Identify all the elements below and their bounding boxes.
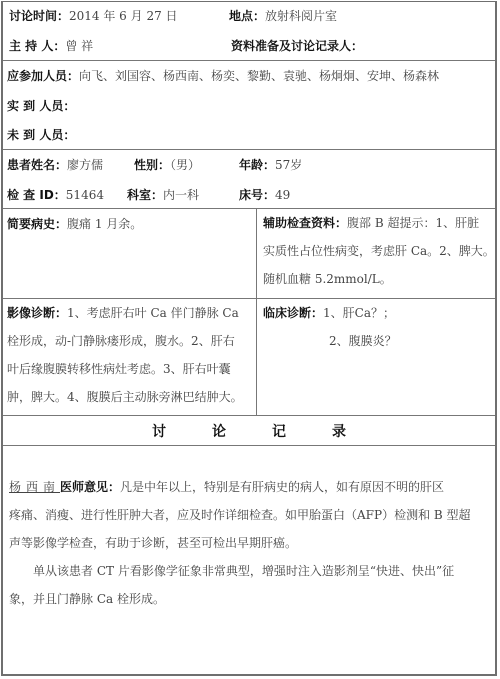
brief-history: 简要病史：腹痛 1 月余。 bbox=[7, 216, 142, 232]
opinion-line4: 单从该患者 CT 片看影像学征象非常典型，增强时注入造影剂呈“快进、快出”征 bbox=[9, 557, 489, 585]
expected-attendees-value: 向飞、刘国容、杨西南、杨奕、黎勤、袁驰、杨炯炯、安坤、杨森林 bbox=[79, 69, 439, 83]
brief-history-value: 腹痛 1 月余。 bbox=[67, 217, 142, 231]
discussion-time: 讨论时间：2014 年 6 月 27 日 bbox=[9, 8, 178, 24]
age: 年龄：57岁 bbox=[239, 157, 302, 173]
title-char-3: 记 bbox=[272, 421, 286, 441]
absent-attendees: 未 到 人员： bbox=[7, 127, 75, 143]
imaging-diagnosis-label: 影像诊断： bbox=[7, 306, 67, 320]
meeting-info-row: 讨论时间：2014 年 6 月 27 日 地点：放射科阅片室 主 持 人：曾 祥… bbox=[3, 2, 495, 61]
auxiliary-exam-line3: 随机血糖 5.2mmol/L。 bbox=[263, 265, 495, 293]
imaging-diagnosis-line4: 肿，脾大。4、腹膜后主动脉旁淋巴结肿大。 bbox=[7, 383, 253, 411]
clinical-diagnosis: 临床诊断：1、肝Ca？； 2、腹膜炎？ bbox=[263, 299, 495, 355]
bed-number: 床号：49 bbox=[239, 187, 290, 203]
host: 主 持 人：曾 祥 bbox=[9, 38, 93, 54]
title-char-1: 讨 bbox=[152, 421, 166, 441]
department-label: 科室： bbox=[127, 188, 163, 202]
gender: 性别：（男） bbox=[134, 157, 200, 173]
auxiliary-exam-line2: 实质性占位性病变，考虑肝 Ca。2、脾大。 bbox=[263, 237, 495, 265]
age-label: 年龄： bbox=[239, 158, 275, 172]
clinical-diagnosis-line1: 1、肝Ca？； bbox=[323, 306, 395, 320]
doctor-opinion-paragraph: 杨西南医师意见：凡是中年以上，特别是有肝病史的病人，如有原因不明的肝区 疼痛、消… bbox=[9, 473, 489, 613]
location-label: 地点： bbox=[229, 9, 265, 23]
title-char-4: 录 bbox=[332, 421, 346, 441]
brief-history-label: 简要病史： bbox=[7, 217, 67, 231]
location: 地点：放射科阅片室 bbox=[229, 8, 337, 24]
gender-label: 性别： bbox=[134, 158, 170, 172]
opinion-line2: 疼痛、消瘦、进行性肝肿大者，应及时作详细检查。如甲胎蛋白（AFP）检测和 B 型… bbox=[9, 501, 489, 529]
clinical-diagnosis-line2: 2、腹膜炎？ bbox=[263, 327, 495, 355]
present-attendees: 实 到 人员： bbox=[7, 98, 75, 114]
discussion-title-row: 讨 论 记 录 bbox=[3, 416, 495, 446]
bed-number-label: 床号： bbox=[239, 188, 275, 202]
auxiliary-exam: 辅助检查资料：腹部 B 超提示：1、肝脏 实质性占位性病变，考虑肝 Ca。2、脾… bbox=[263, 209, 495, 293]
discussion-content: 杨西南医师意见：凡是中年以上，特别是有肝病史的病人，如有原因不明的肝区 疼痛、消… bbox=[3, 446, 495, 674]
attendance-row: 应参加人员：向飞、刘国容、杨西南、杨奕、黎勤、袁驰、杨炯炯、安坤、杨森林 实 到… bbox=[3, 61, 495, 150]
column-divider bbox=[256, 209, 257, 298]
patient-info-row: 患者姓名：廖方儒 性别：（男） 年龄：57岁 检 查 ID：51464 科室：内… bbox=[3, 150, 495, 209]
patient-name-value: 廖方儒 bbox=[67, 158, 103, 172]
imaging-diagnosis: 影像诊断：1、考虑肝右叶 Ca 伴门静脉 Ca 栓形成，动-门静脉瘘形成，腹水。… bbox=[7, 299, 253, 411]
recorder-label: 资料准备及讨论记录人： bbox=[231, 39, 363, 53]
age-value: 57岁 bbox=[275, 158, 302, 172]
department-value: 内一科 bbox=[163, 188, 199, 202]
clinical-diagnosis-label: 临床诊断： bbox=[263, 306, 323, 320]
imaging-diagnosis-line1: 1、考虑肝右叶 Ca 伴门静脉 Ca bbox=[67, 306, 239, 320]
expected-attendees-label: 应参加人员： bbox=[7, 69, 79, 83]
recorder: 资料准备及讨论记录人： bbox=[231, 38, 363, 54]
discussion-title: 讨 论 记 录 bbox=[3, 416, 495, 445]
auxiliary-exam-label: 辅助检查资料： bbox=[263, 216, 347, 230]
expected-attendees: 应参加人员：向飞、刘国容、杨西南、杨奕、黎勤、袁驰、杨炯炯、安坤、杨森林 bbox=[7, 68, 439, 84]
imaging-diagnosis-line3: 叶后缘腹膜转移性病灶考虑。3、肝右叶囊 bbox=[7, 355, 253, 383]
title-char-2: 论 bbox=[212, 421, 226, 441]
opinion-line5: 象，并且门静脉 Ca 栓形成。 bbox=[9, 585, 489, 613]
exam-id-label: 检 查 ID： bbox=[7, 188, 66, 202]
doctor-name: 杨西南 bbox=[9, 480, 60, 494]
column-divider bbox=[256, 299, 257, 415]
exam-id-value: 51464 bbox=[66, 188, 104, 202]
present-attendees-label: 实 到 人员： bbox=[7, 99, 75, 113]
opinion-line1: 凡是中年以上，特别是有肝病史的病人，如有原因不明的肝区 bbox=[120, 480, 444, 494]
patient-name: 患者姓名：廖方儒 bbox=[7, 157, 103, 173]
auxiliary-exam-line1: 腹部 B 超提示：1、肝脏 bbox=[347, 216, 479, 230]
bed-number-value: 49 bbox=[275, 188, 290, 202]
absent-attendees-label: 未 到 人员： bbox=[7, 128, 75, 142]
doctor-opinion-label: 医师意见： bbox=[60, 480, 120, 494]
exam-id: 检 查 ID：51464 bbox=[7, 187, 104, 203]
host-label: 主 持 人： bbox=[9, 39, 65, 53]
patient-name-label: 患者姓名： bbox=[7, 158, 67, 172]
discussion-time-value: 2014 年 6 月 27 日 bbox=[69, 9, 178, 23]
imaging-diagnosis-line2: 栓形成，动-门静脉瘘形成，腹水。2、肝右 bbox=[7, 327, 253, 355]
discussion-record-form: 讨论时间：2014 年 6 月 27 日 地点：放射科阅片室 主 持 人：曾 祥… bbox=[1, 1, 497, 676]
discussion-time-label: 讨论时间： bbox=[9, 9, 69, 23]
host-value: 曾 祥 bbox=[65, 39, 93, 53]
history-auxiliary-row: 简要病史：腹痛 1 月余。 辅助检查资料：腹部 B 超提示：1、肝脏 实质性占位… bbox=[3, 209, 495, 299]
location-value: 放射科阅片室 bbox=[265, 9, 337, 23]
opinion-line3: 声等影像学检查，有助于诊断，甚至可检出早期肝癌。 bbox=[9, 529, 489, 557]
department: 科室：内一科 bbox=[127, 187, 199, 203]
diagnosis-row: 影像诊断：1、考虑肝右叶 Ca 伴门静脉 Ca 栓形成，动-门静脉瘘形成，腹水。… bbox=[3, 299, 495, 416]
gender-value: （男） bbox=[170, 158, 200, 172]
